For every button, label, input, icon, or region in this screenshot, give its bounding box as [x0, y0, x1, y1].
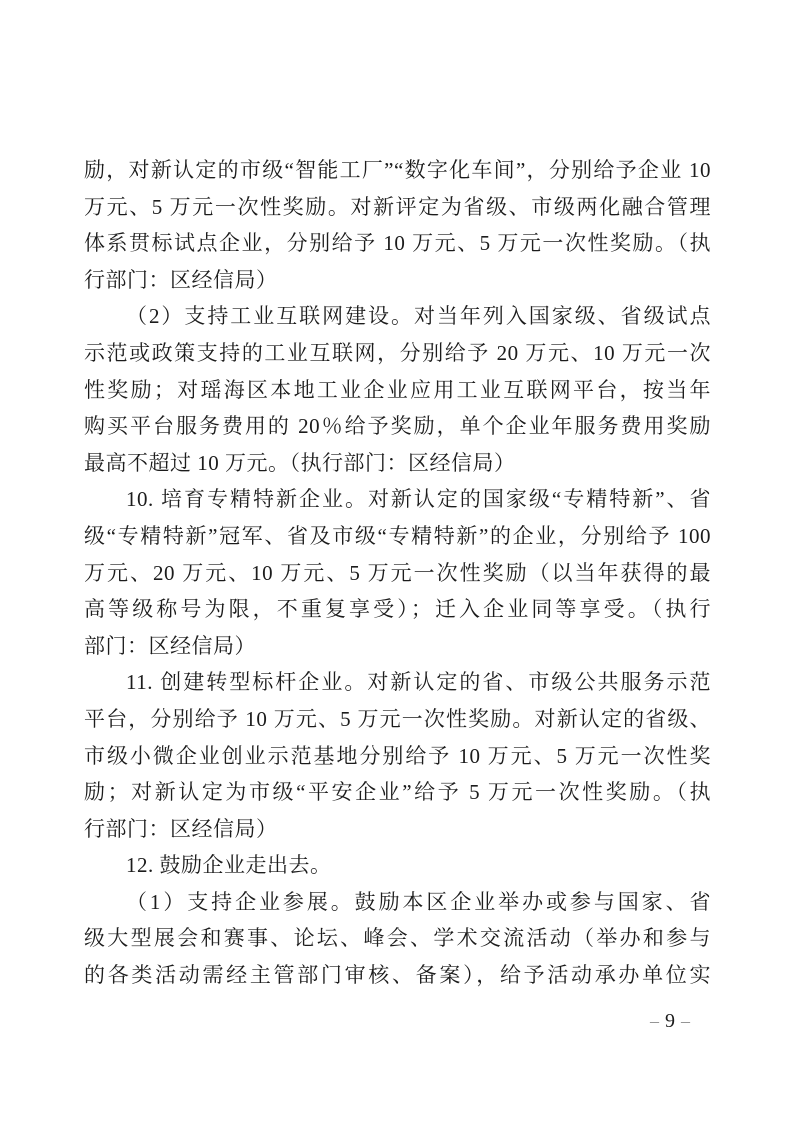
text-line: 平台，分别给予 10 万元、5 万元一次性奖励。对新认定的省级、: [84, 701, 711, 738]
paragraph: 12. 鼓励企业走出去。: [84, 847, 711, 884]
paragraph: （2）支持工业互联网建设。对当年列入国家级、省级试点 示范或政策支持的工业互联网…: [84, 298, 711, 481]
paragraph: 励，对新认定的市级“智能工厂”“数字化车间”，分别给予企业 10 万元、5 万元…: [84, 152, 711, 298]
text-line: 级“专精特新”冠军、省及市级“专精特新”的企业，分别给予 100: [84, 518, 711, 555]
text-line: 示范或政策支持的工业互联网，分别给予 20 万元、10 万元一次: [84, 335, 711, 372]
text-line: （2）支持工业互联网建设。对当年列入国家级、省级试点: [84, 298, 711, 335]
text-line: 体系贯标试点企业，分别给予 10 万元、5 万元一次性奖励。（执: [84, 225, 711, 262]
paragraph: （1）支持企业参展。鼓励本区企业举办或参与国家、省 级大型展会和赛事、论坛、峰会…: [84, 884, 711, 994]
text-line: 万元、5 万元一次性奖励。对新评定为省级、市级两化融合管理: [84, 189, 711, 226]
text-line: 行部门：区经信局）: [84, 262, 711, 299]
text-line: 励，对新认定的市级“智能工厂”“数字化车间”，分别给予企业 10: [84, 152, 711, 189]
text-line: 励；对新认定为市级“平安企业”给予 5 万元一次性奖励。（执: [84, 774, 711, 811]
text-line: 万元、20 万元、10 万元、5 万元一次性奖励（以当年获得的最: [84, 555, 711, 592]
paragraph: 10. 培育专精特新企业。对新认定的国家级“专精特新”、省 级“专精特新”冠军、…: [84, 481, 711, 664]
text-line: 购买平台服务费用的 20％给予奖励，单个企业年服务费用奖励: [84, 408, 711, 445]
text-line: 级大型展会和赛事、论坛、峰会、学术交流活动（举办和参与: [84, 920, 711, 957]
text-line: 部门：区经信局）: [84, 628, 711, 665]
document-body: 励，对新认定的市级“智能工厂”“数字化车间”，分别给予企业 10 万元、5 万元…: [84, 152, 711, 994]
text-line: （1）支持企业参展。鼓励本区企业举办或参与国家、省: [84, 884, 711, 921]
text-line: 12. 鼓励企业走出去。: [84, 847, 711, 884]
page-number-right-dash: –: [681, 1011, 690, 1031]
text-line: 行部门：区经信局）: [84, 811, 711, 848]
paragraph: 11. 创建转型标杆企业。对新认定的省、市级公共服务示范 平台，分别给予 10 …: [84, 664, 711, 847]
page-number-left-dash: –: [650, 1011, 659, 1031]
text-line: 市级小微企业创业示范基地分别给予 10 万元、5 万元一次性奖: [84, 738, 711, 775]
text-line: 高等级称号为限，不重复享受）；迁入企业同等享受。（执行: [84, 591, 711, 628]
page-number: –9–: [644, 1007, 696, 1035]
page-number-value: 9: [665, 1010, 675, 1032]
text-line: 的各类活动需经主管部门审核、备案），给予活动承办单位实: [84, 957, 711, 994]
text-line: 11. 创建转型标杆企业。对新认定的省、市级公共服务示范: [84, 664, 711, 701]
text-line: 性奖励；对瑶海区本地工业企业应用工业互联网平台，按当年: [84, 372, 711, 409]
text-line: 最高不超过 10 万元。（执行部门：区经信局）: [84, 445, 711, 482]
text-line: 10. 培育专精特新企业。对新认定的国家级“专精特新”、省: [84, 481, 711, 518]
document-page: 励，对新认定的市级“智能工厂”“数字化车间”，分别给予企业 10 万元、5 万元…: [0, 0, 793, 1122]
